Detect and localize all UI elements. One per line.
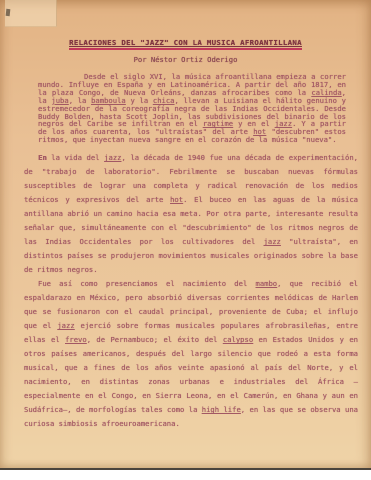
tape-patch <box>5 0 57 27</box>
paragraph-opening: Desde el siglo XVI, la música afroantill… <box>38 73 346 144</box>
paragraph-mambo: Fue así como presenciamos el nacimiento … <box>24 277 358 431</box>
corner-mark <box>6 9 11 16</box>
paragraph-jazz-decade: En la vida del jazz, la década de 1940 f… <box>24 151 358 277</box>
scanned-page: RELACIONES DEL "JAZZ" CON LA MUSICA AFRO… <box>0 0 371 468</box>
screenshot-root: RELACIONES DEL "JAZZ" CON LA MUSICA AFRO… <box>0 0 371 480</box>
page-title: RELACIONES DEL "JAZZ" CON LA MUSICA AFRO… <box>69 38 302 50</box>
byline: Por Néstor Ortiz Oderigo <box>0 55 371 64</box>
page-bottom-edge <box>0 468 371 470</box>
